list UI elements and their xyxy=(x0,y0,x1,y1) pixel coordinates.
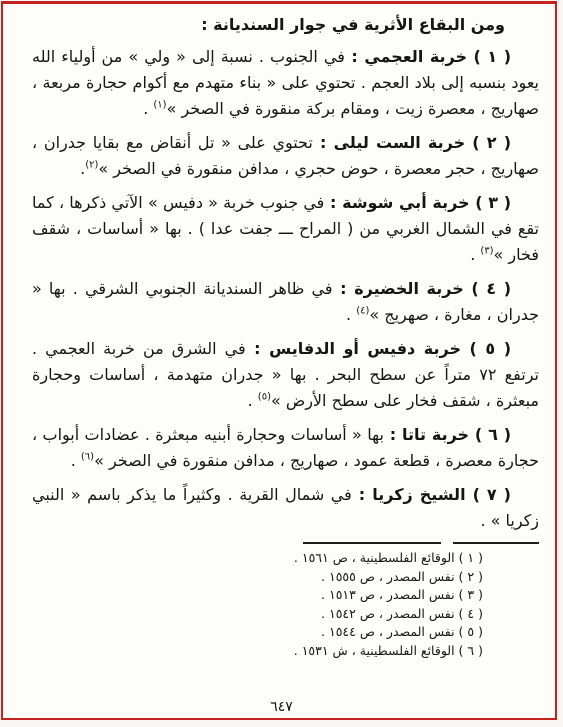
entry-name: خربة أبي شوشة xyxy=(342,193,469,212)
entry-number: ( ١ ) xyxy=(467,47,511,66)
entry-name: خربة دفيس أو الدفايس xyxy=(269,339,461,358)
page-number: ٦٤٧ xyxy=(0,699,563,715)
footnote-ref: (٢) xyxy=(85,160,98,171)
footnote-item: ( ٣ ) نفس المصدر ، ص ١٥١٣ . xyxy=(32,586,483,605)
entry-tail: . xyxy=(248,391,258,410)
entry-colon: : xyxy=(313,133,334,152)
entry-6: ( ٦ ) خربة تاتا : بها « أساسات وحجارة أب… xyxy=(32,422,539,474)
entry-7: ( ٧ ) الشيخ زكريا : في شمال القرية . وكث… xyxy=(32,482,539,534)
entry-colon: : xyxy=(345,47,364,66)
entry-tail: . xyxy=(143,99,153,118)
entry-colon: : xyxy=(324,193,342,212)
entry-colon: : xyxy=(246,339,269,358)
separator-segment xyxy=(303,542,441,544)
footnote-ref: (٥) xyxy=(258,392,271,403)
entry-name: الشيخ زكريا xyxy=(372,485,465,504)
footnote-ref: (٤) xyxy=(356,306,369,317)
separator-segment xyxy=(453,542,539,544)
entry-name: خربة تاتا xyxy=(402,425,469,444)
entry-name: خربة العجمي xyxy=(364,47,467,66)
entry-colon: : xyxy=(352,485,372,504)
entry-tail: . xyxy=(71,451,81,470)
entry-number: ( ٢ ) xyxy=(465,133,511,152)
entry-name: خربة الست ليلى xyxy=(334,133,466,152)
entry-name: خربة الخضيرة xyxy=(354,279,464,298)
entry-number: ( ٥ ) xyxy=(461,339,511,358)
footnote-separator xyxy=(32,542,539,544)
entry-3: ( ٣ ) خربة أبي شوشة : في جنوب خربة « دفي… xyxy=(32,190,539,268)
entry-4: ( ٤ ) خربة الخضيرة : في ظاهر السنديانة ا… xyxy=(32,276,539,328)
intro-text: ومن البقاع الأثرية في جوار السنديانة : xyxy=(32,15,539,34)
entry-number: ( ٧ ) xyxy=(466,485,511,504)
footnote-ref: (٦) xyxy=(81,452,94,463)
footnote-list: ( ١ ) الوقائع الفلسطينية ، ص ١٥٦١ . ( ٢ … xyxy=(32,549,483,660)
footnote-item: ( ١ ) الوقائع الفلسطينية ، ص ١٥٦١ . xyxy=(32,549,483,568)
entry-tail: . xyxy=(470,245,480,264)
footnote-ref: (٣) xyxy=(480,246,493,257)
footnote-item: ( ٤ ) نفس المصدر ، ص ١٥٤٢ . xyxy=(32,605,483,624)
entry-number: ( ٦ ) xyxy=(469,425,511,444)
entry-5: ( ٥ ) خربة دفيس أو الدفايس : في الشرق من… xyxy=(32,336,539,414)
footnote-ref: (١) xyxy=(153,100,166,111)
footnote-item: ( ٥ ) نفس المصدر ، ص ١٥٤٤ . xyxy=(32,623,483,642)
entry-colon: : xyxy=(333,279,355,298)
entry-1: ( ١ ) خربة العجمي : في الجنوب . نسبة إلى… xyxy=(32,44,539,122)
entry-number: ( ٣ ) xyxy=(470,193,511,212)
page-content: ومن البقاع الأثرية في جوار السنديانة : (… xyxy=(32,15,539,660)
entry-colon: : xyxy=(384,425,402,444)
entry-2: ( ٢ ) خربة الست ليلى : تحتوي على « تل أن… xyxy=(32,130,539,182)
footnote-item: ( ٢ ) نفس المصدر ، ص ١٥٥٥ . xyxy=(32,568,483,587)
entry-number: ( ٤ ) xyxy=(464,279,511,298)
footnote-item: ( ٦ ) الوقائع الفلسطينية ، ش ١٥٣١ . xyxy=(32,642,483,661)
entry-tail: . xyxy=(346,305,356,324)
